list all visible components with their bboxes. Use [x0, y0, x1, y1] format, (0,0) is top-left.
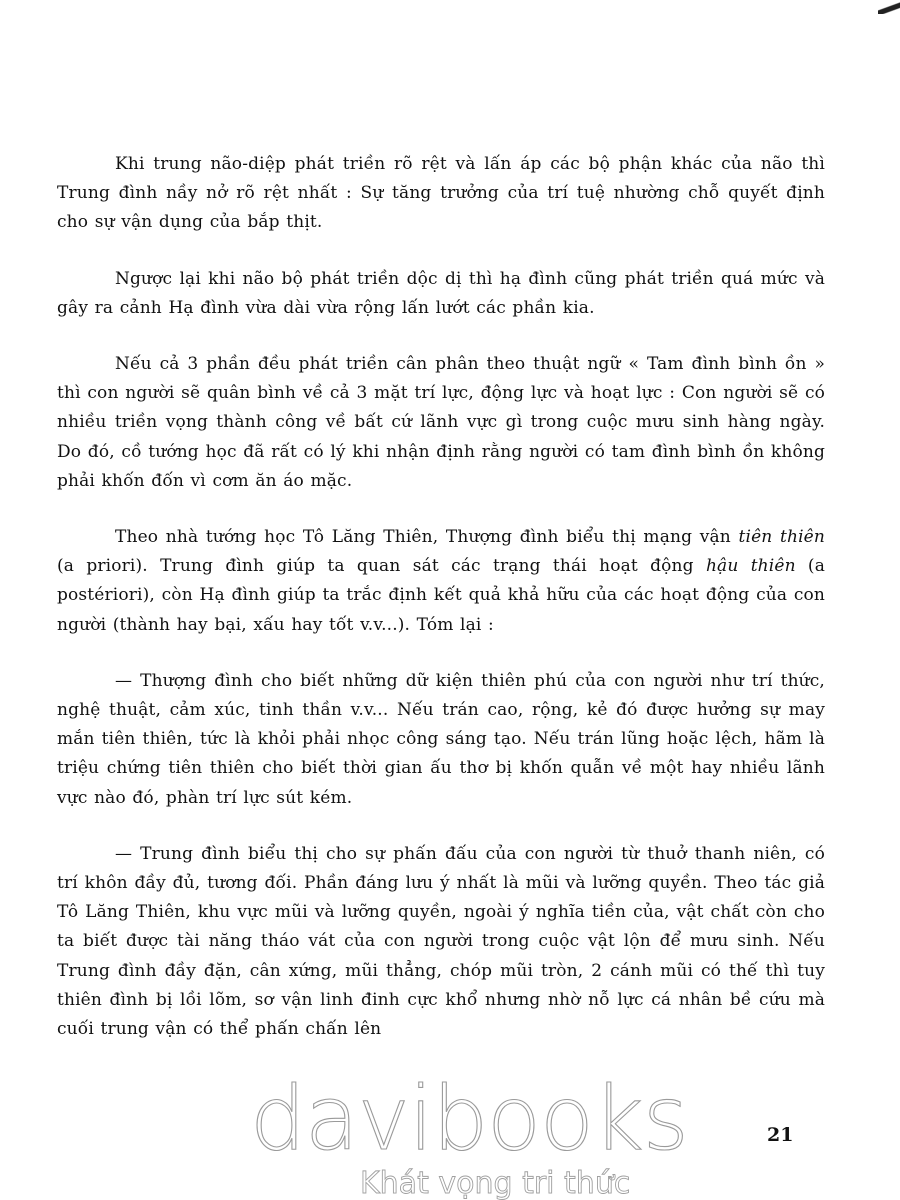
paragraph-6-trung-dinh: — Trung đình biểu thị cho sự phấn đấu củ… — [57, 840, 825, 1044]
paragraph-2: Ngược lại khi não bộ phát triền dộc dị t… — [57, 265, 825, 323]
term-tien-thien: tiên thiên — [739, 527, 825, 547]
term-hau-thien: hậu thiên — [706, 556, 796, 576]
paragraph-1: Khi trung não-diệp phát triền rõ rệt và … — [57, 150, 825, 238]
page-number: 21 — [767, 1124, 793, 1146]
book-page-body: Khi trung não-diệp phát triền rõ rệt và … — [57, 150, 825, 1071]
paragraph-4-part-1: Theo nhà tướng học Tô Lăng Thiên, Thượng… — [115, 527, 739, 547]
paragraph-4: Theo nhà tướng học Tô Lăng Thiên, Thượng… — [57, 523, 825, 640]
watermark-brand: davibooks — [250, 1075, 670, 1163]
scan-corner-artifact — [878, 0, 900, 14]
watermark: davibooks Khát vọng tri thức — [250, 1075, 670, 1200]
watermark-slogan: Khát vọng tri thức — [360, 1167, 670, 1200]
paragraph-5-thuong-dinh: — Thượng đình cho biết những dữ kiện thi… — [57, 667, 825, 813]
paragraph-4-part-2: (a priori). Trung đình giúp ta quan sát … — [57, 556, 706, 576]
paragraph-3: Nếu cả 3 phần đều phát triền cân phân th… — [57, 350, 825, 496]
